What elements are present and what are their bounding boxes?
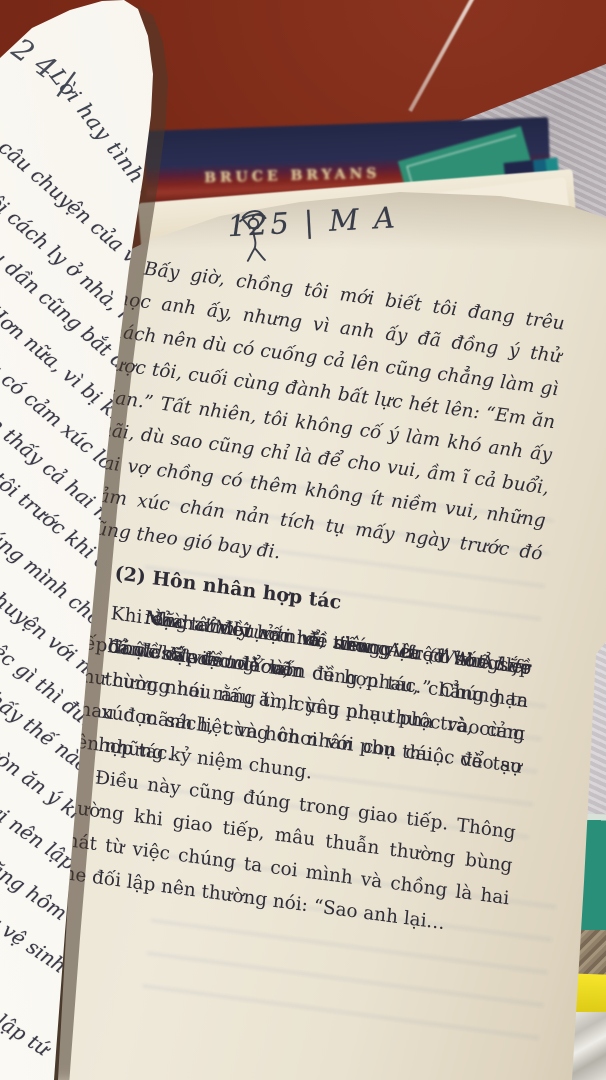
left-page-text-line: ì lập tứ	[0, 1002, 54, 1061]
handwritten-page-header: 125 | M A	[227, 207, 276, 263]
open-book-photo: BRUCE BRYANS 125 | M A Bấy giờ, chồng	[0, 0, 606, 1080]
spine-author-text: BRUCE BRYANS	[204, 166, 381, 187]
tile-grout-line	[408, 0, 477, 112]
paragraph-1: Bấy giờ, chồng tôi mới biết tôi đang trê…	[84, 248, 567, 604]
